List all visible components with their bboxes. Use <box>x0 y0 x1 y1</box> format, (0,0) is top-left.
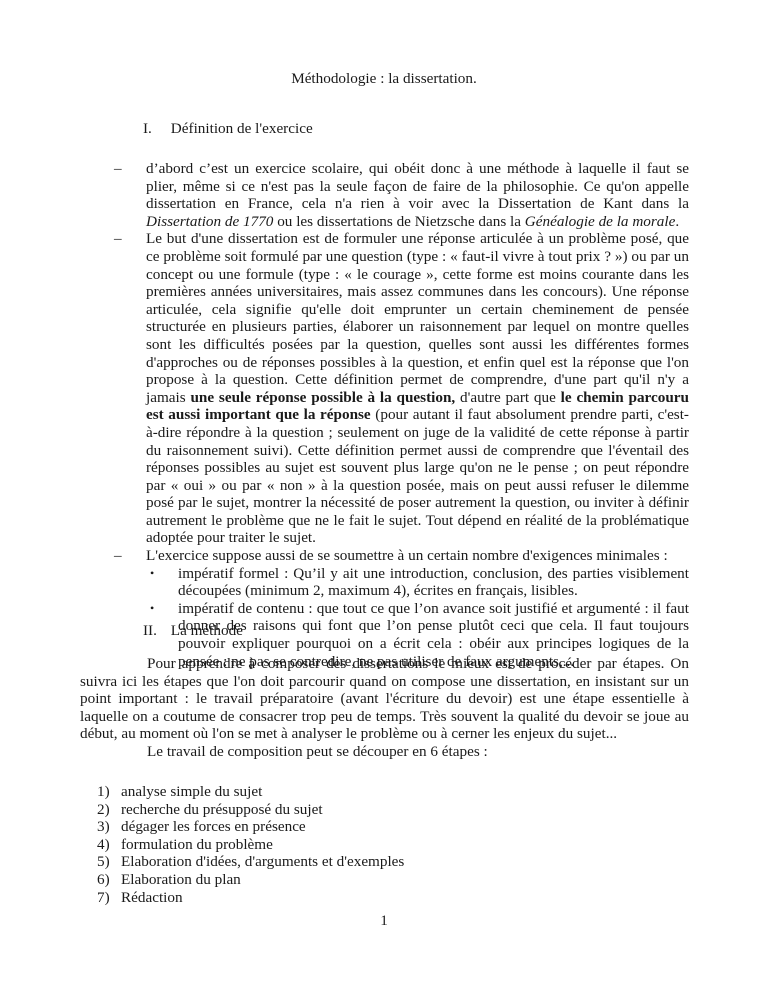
bullet-dot-icon: • <box>150 600 154 618</box>
step-number: 2) <box>97 801 110 819</box>
step-text: dégager les forces en présence <box>121 818 306 835</box>
document-title: Méthodologie : la dissertation. <box>0 70 768 88</box>
step-number: 3) <box>97 818 110 836</box>
dash-marker: – <box>114 160 122 178</box>
step-item: 3)dégager les forces en présence <box>97 818 404 836</box>
text-run: d’abord c’est un exercice scolaire, qui … <box>146 160 689 212</box>
definition-bullet-list: – d’abord c’est un exercice scolaire, qu… <box>114 160 689 670</box>
bold-emphasis: une seule réponse possible à la question… <box>190 389 455 406</box>
steps-list: 1)analyse simple du sujet 2)recherche du… <box>97 783 404 906</box>
bullet-dot-icon: • <box>150 565 154 583</box>
section-title: Définition de l'exercice <box>171 120 313 137</box>
step-item: 2)recherche du présupposé du sujet <box>97 801 404 819</box>
section-title: La méthode <box>171 622 243 639</box>
method-intro: Pour apprendre à composer des dissertati… <box>80 655 689 761</box>
step-item: 6)Elaboration du plan <box>97 871 404 889</box>
step-text: Elaboration du plan <box>121 871 241 888</box>
text-run: L'exercice suppose aussi de se soumettre… <box>146 547 668 564</box>
step-item: 7)Rédaction <box>97 889 404 907</box>
document-page: Méthodologie : la dissertation. I. Défin… <box>0 0 768 994</box>
italic-title: Dissertation de 1770 <box>146 213 273 230</box>
section-heading-1: I. Définition de l'exercice <box>143 120 313 138</box>
step-number: 6) <box>97 871 110 889</box>
section-number: II. <box>143 622 167 640</box>
step-text: Rédaction <box>121 889 183 906</box>
text-run: Le but d'une dissertation est de formule… <box>146 230 689 405</box>
step-item: 1)analyse simple du sujet <box>97 783 404 801</box>
paragraph: Le travail de composition peut se découp… <box>80 743 689 761</box>
bullet-item: – d’abord c’est un exercice scolaire, qu… <box>114 160 689 230</box>
text-run: ou les dissertations de Nietzsche dans l… <box>273 213 524 230</box>
step-item: 4)formulation du problème <box>97 836 404 854</box>
italic-title: Généalogie de la morale <box>525 213 676 230</box>
text-run: . <box>675 213 679 230</box>
step-item: 5)Elaboration d'idées, d'arguments et d'… <box>97 853 404 871</box>
bullet-item: – Le but d'une dissertation est de formu… <box>114 230 689 547</box>
step-number: 4) <box>97 836 110 854</box>
section-number: I. <box>143 120 167 138</box>
text-run: (pour autant il faut absolument prendre … <box>146 406 689 546</box>
step-text: formulation du problème <box>121 836 273 853</box>
section-heading-2: II. La méthode <box>143 622 243 640</box>
page-number: 1 <box>0 912 768 930</box>
step-number: 1) <box>97 783 110 801</box>
step-number: 5) <box>97 853 110 871</box>
dash-marker: – <box>114 547 122 565</box>
step-text: Elaboration d'idées, d'arguments et d'ex… <box>121 853 404 870</box>
text-run: impératif formel : Qu’il y ait une intro… <box>178 565 689 600</box>
sub-bullet-item: • impératif formel : Qu’il y ait une int… <box>146 565 689 600</box>
text-run: d'autre part que <box>455 389 560 406</box>
step-text: analyse simple du sujet <box>121 783 262 800</box>
bullet-item: – L'exercice suppose aussi de se soumett… <box>114 547 689 670</box>
dash-marker: – <box>114 230 122 248</box>
step-text: recherche du présupposé du sujet <box>121 801 323 818</box>
step-number: 7) <box>97 889 110 907</box>
paragraph: Pour apprendre à composer des dissertati… <box>80 655 689 743</box>
